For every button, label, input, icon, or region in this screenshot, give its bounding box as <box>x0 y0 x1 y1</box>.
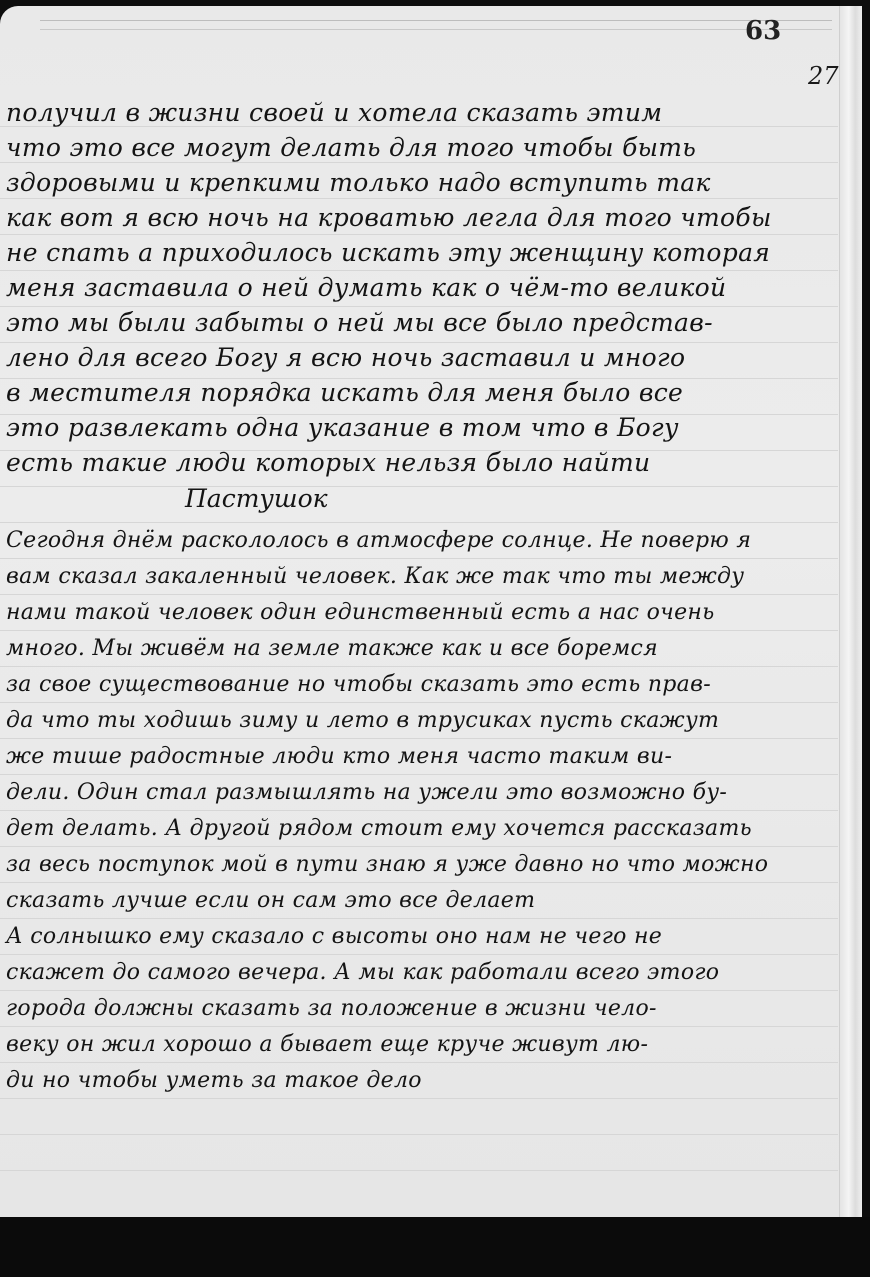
handwritten-page-number: 27 <box>808 62 839 90</box>
handwritten-line: А солнышко ему сказало с высоты оно нам … <box>6 924 662 949</box>
ruled-line <box>0 846 838 847</box>
ruled-line <box>0 1134 838 1135</box>
ruled-line <box>0 954 838 955</box>
ruled-line <box>0 234 838 235</box>
handwritten-line: в местителя порядка искать для меня было… <box>6 378 683 407</box>
notebook-page: 63 27 получил в жизни своей и хотела ска… <box>0 6 862 1228</box>
handwritten-line: лено для всего Богу я всю ночь заставил … <box>6 343 685 372</box>
ruled-line <box>0 990 838 991</box>
ruled-line <box>0 198 838 199</box>
page-edge <box>839 6 862 1228</box>
ruled-line <box>0 306 838 307</box>
ruled-line <box>0 558 838 559</box>
handwritten-line: это мы были забыты о ней мы все было пре… <box>6 308 713 337</box>
handwritten-line: здоровыми и крепкими только надо вступит… <box>6 168 711 197</box>
ruled-line <box>0 270 838 271</box>
stamped-page-number: 63 <box>745 16 781 46</box>
handwritten-line: это развлекать одна указание в том что в… <box>6 413 679 442</box>
handwritten-line: ди но чтобы уметь за такое дело <box>6 1068 422 1093</box>
handwritten-line: за весь поступок мой в пути знаю я уже д… <box>6 852 768 877</box>
handwritten-line: сказать лучше если он сам это все делает <box>6 888 535 913</box>
handwritten-line: нами такой человек один единственный ест… <box>6 600 715 625</box>
ruled-line <box>0 918 838 919</box>
ruled-line <box>0 486 838 487</box>
scan-bottom-shadow <box>0 1217 870 1277</box>
page-top-binding <box>40 20 832 30</box>
handwritten-line: города должны сказать за положение в жиз… <box>6 996 657 1021</box>
ruled-line <box>0 1026 838 1027</box>
handwritten-line: за свое существование но чтобы сказать э… <box>6 672 711 697</box>
ruled-line <box>0 162 838 163</box>
handwritten-line: веку он жил хорошо а бывает еще круче жи… <box>6 1032 648 1057</box>
handwritten-line: да что ты ходишь зиму и лето в трусиках … <box>6 708 719 733</box>
handwritten-line: есть такие люди которых нельзя было найт… <box>6 448 650 477</box>
ruled-line <box>0 522 838 523</box>
ruled-line <box>0 810 838 811</box>
ruled-line <box>0 774 838 775</box>
handwritten-line: скажет до самого вечера. А мы как работа… <box>6 960 719 985</box>
ruled-line <box>0 882 838 883</box>
handwritten-line: же тише радостные люди кто меня часто та… <box>6 744 672 769</box>
handwritten-line: меня заставила о ней думать как о чём-то… <box>6 273 726 302</box>
handwritten-line: получил в жизни своей и хотела сказать э… <box>6 98 662 127</box>
ruled-line <box>0 702 838 703</box>
handwritten-line: Сегодня днём раскололось в атмосфере сол… <box>6 528 751 553</box>
handwritten-line: вам сказал закаленный человек. Как же та… <box>6 564 744 589</box>
ruled-line <box>0 1098 838 1099</box>
ruled-line <box>0 1170 838 1171</box>
ruled-line <box>0 630 838 631</box>
section-heading: Пастушок <box>185 484 328 513</box>
handwritten-line: как вот я всю ночь на кроватью легла для… <box>6 203 772 232</box>
ruled-line <box>0 738 838 739</box>
handwritten-line: не спать а приходилось искать эту женщин… <box>6 238 770 267</box>
ruled-line <box>0 594 838 595</box>
ruled-line <box>0 1062 838 1063</box>
handwritten-line: дели. Один стал размышлять на ужели это … <box>6 780 727 805</box>
handwritten-line: много. Мы живём на земле также как и все… <box>6 636 658 661</box>
handwritten-line: что это все могут делать для того чтобы … <box>6 133 696 162</box>
ruled-line <box>0 666 838 667</box>
handwritten-line: дет делать. А другой рядом стоит ему хоч… <box>6 816 752 841</box>
